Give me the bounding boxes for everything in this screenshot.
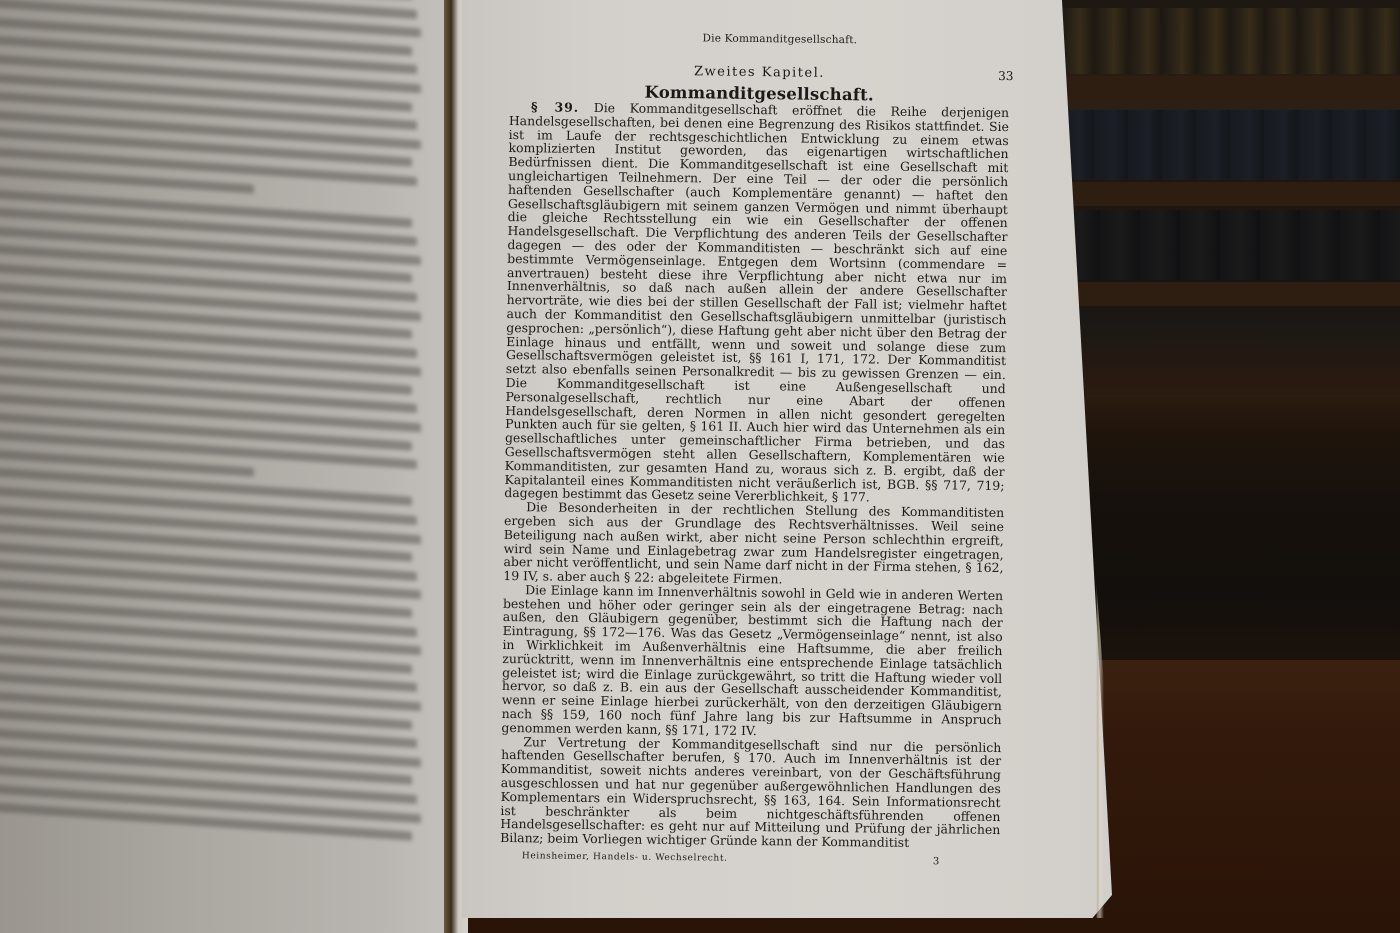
blurred-text-line (0, 802, 412, 841)
paragraph-2: Die Besonderheiten in der rechtlichen St… (503, 500, 1004, 589)
bookshelf-lower-row (1060, 210, 1400, 280)
blurred-text-line (0, 147, 417, 186)
page-number: 33 (998, 69, 1013, 83)
blurred-text-line (0, 747, 412, 786)
paragraph-1-text: Die Kommanditgesellschaft eröffnet die R… (504, 100, 1009, 505)
blurred-text-line (0, 129, 412, 168)
blurred-text-line (0, 393, 421, 432)
shelf-board (1060, 182, 1400, 206)
paragraph-4: Zur Vertretung der Kommanditgesellschaft… (500, 735, 1001, 851)
chapter-heading: Zweites Kapitel. (509, 62, 1009, 83)
blurred-text-line (0, 672, 421, 711)
blurred-text-line (0, 709, 417, 748)
blurred-text-line (0, 523, 412, 562)
right-page-content: Die Kommanditgesellschaft. 33 Zweites Ka… (500, 30, 1010, 868)
blurred-text-line (0, 486, 417, 525)
left-page-blurred (0, 0, 448, 933)
signature-mark: 3 (933, 856, 940, 867)
blurred-text-line (0, 54, 421, 93)
bookshelf-top-row (1060, 8, 1400, 74)
paragraph-1: § 39. Die Kommanditgesellschaft eröffnet… (504, 100, 1009, 506)
blurred-text-line (0, 207, 417, 246)
bookshelf-middle-row (1060, 110, 1400, 180)
paragraph-3: Die Einlage kann im Innenverhältnis sowo… (501, 583, 1003, 741)
blurred-text-line (0, 300, 412, 339)
shelf-board (1060, 76, 1400, 100)
blurred-text-line (0, 91, 417, 130)
left-page-text-lines (0, 0, 430, 852)
shelf-board (1060, 282, 1400, 306)
blurred-text-line (0, 245, 412, 284)
photo-scene: Die Kommanditgesellschaft. 33 Zweites Ka… (0, 0, 1400, 933)
body-text: § 39. Die Kommanditgesellschaft eröffnet… (500, 100, 1009, 851)
blurred-text-line (0, 263, 417, 302)
blurred-text-line (0, 765, 417, 804)
